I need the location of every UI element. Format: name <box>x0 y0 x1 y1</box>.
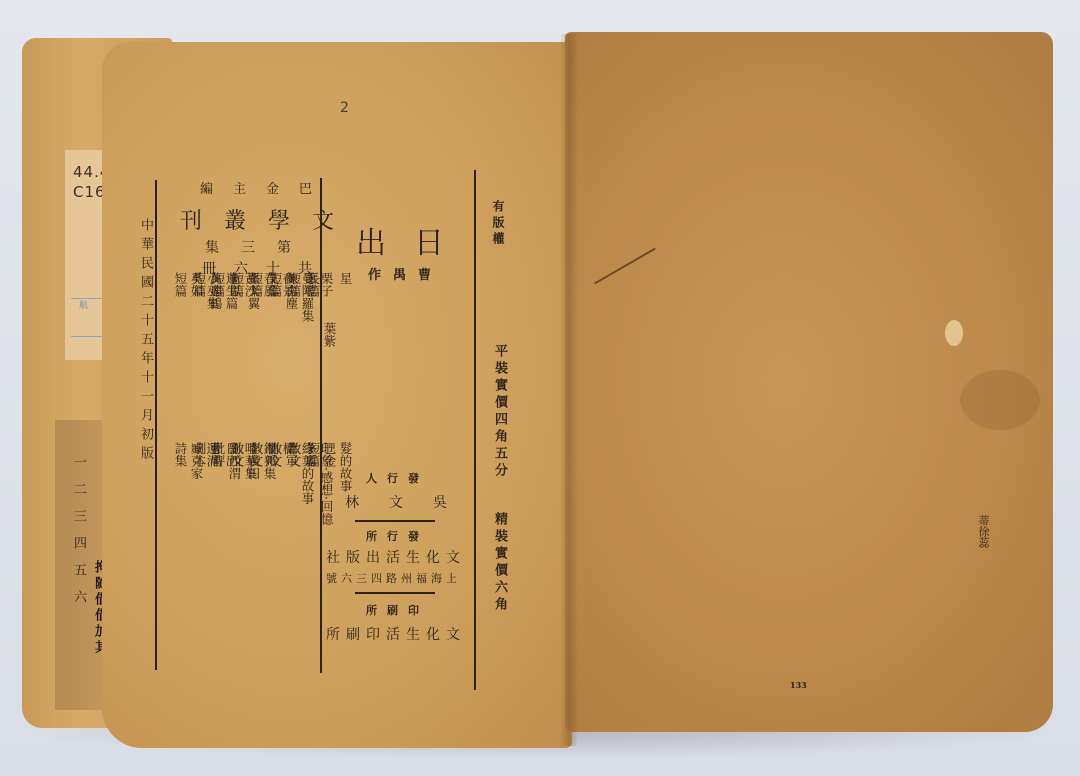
frame-rule-right <box>474 170 476 690</box>
issuer-label: 發行所 <box>366 528 429 544</box>
page-number: 133 <box>790 680 807 690</box>
series-title: 文學叢刊 <box>180 204 356 235</box>
printer-name: 文化生活印刷所 <box>326 624 466 644</box>
issuer-name: 文化生活出版社 <box>326 547 466 567</box>
book-entry: 小巫集奚如短篇 <box>172 272 220 338</box>
paperback-price: 平裝實價四角五分 <box>490 344 509 480</box>
frame-rule-mid <box>320 178 322 673</box>
series-book-list: 星葉紫長篇 栗子蕭乾短篇 曼陀羅集陳白塵短篇 夜景艾蕪短篇 春風張天翼短篇 黃沙… <box>160 272 310 692</box>
spine-numbers: 一二三四五六 <box>68 455 88 617</box>
printer-label: 印刷所 <box>366 602 429 618</box>
library-stamp: 航 <box>79 298 88 311</box>
publisher-name: 吳文林 <box>345 492 477 512</box>
book-gutter <box>560 34 578 746</box>
book-entry: 運河臧克家詩集 <box>172 442 220 584</box>
water-stain <box>960 370 1040 430</box>
copyright-notice: 有版權 <box>490 200 507 248</box>
edition-date: 中華民國二十五年十一月初版 <box>136 218 155 465</box>
book-title: 日出 <box>356 218 472 262</box>
issuer-address: 上海福州路四三六號 <box>326 570 461 586</box>
signature: 蒂徐蕊 <box>975 515 991 548</box>
paper-blemish <box>945 320 963 346</box>
frame-rule-left <box>155 180 157 670</box>
pencil-mark: 2 <box>340 100 349 116</box>
publisher-label: 發行人 <box>366 470 429 486</box>
hardcover-price: 精裝實價六角 <box>490 512 509 614</box>
divider-2 <box>355 592 435 594</box>
divider-1 <box>355 520 435 522</box>
book-author: 曹禺作 <box>368 264 443 283</box>
series-editor: 巴金主編 <box>200 178 332 197</box>
series-volume: 第三集 <box>205 237 313 257</box>
